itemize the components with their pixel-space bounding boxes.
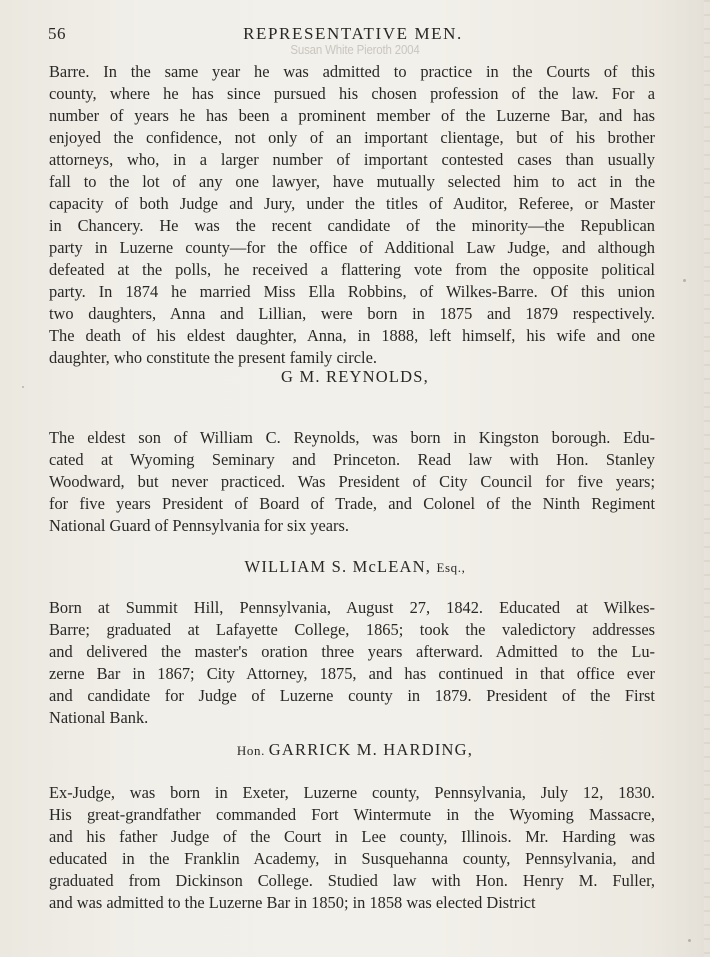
text-line: two daughters, Anna and Lillian, were bo… bbox=[49, 303, 655, 325]
text-line: fall to the lot of any one lawyer, have … bbox=[49, 171, 655, 193]
text-line: Barre. In the same year he was admitted … bbox=[49, 61, 655, 83]
text-line: defeated at the polls, he received a fla… bbox=[49, 259, 655, 281]
heading-prefix: Hon. bbox=[237, 743, 269, 758]
watermark: Susan White Pieroth 2004 bbox=[28, 43, 681, 57]
paragraph-continuation: Barre. In the same year he was admitted … bbox=[49, 61, 655, 369]
text-line: graduated from Dickinson College. Studie… bbox=[49, 870, 655, 892]
text-line: for five years President of Board of Tra… bbox=[49, 493, 655, 515]
running-title: REPRESENTATIVE MEN. bbox=[48, 24, 658, 44]
page-edge bbox=[704, 0, 710, 957]
text-line: Born at Summit Hill, Pennsylvania, Augus… bbox=[49, 597, 655, 619]
text-line: and candidate for Judge of Luzerne count… bbox=[49, 685, 655, 707]
text-line: county, where he has since pursued his c… bbox=[49, 83, 655, 105]
heading-text: GARRICK M. HARDING, bbox=[269, 740, 473, 759]
paragraph-mclean: Born at Summit Hill, Pennsylvania, Augus… bbox=[49, 597, 655, 729]
text-line: The death of his eldest daughter, Anna, … bbox=[49, 325, 655, 347]
paragraph-reynolds: The eldest son of William C. Reynolds, w… bbox=[49, 427, 655, 537]
heading-harding: Hon. GARRICK M. HARDING, bbox=[0, 740, 710, 760]
text-line: daughter, who constitute the present fam… bbox=[49, 347, 655, 369]
paper-speck bbox=[688, 939, 691, 942]
heading-suffix: Esq., bbox=[436, 560, 465, 575]
paper-speck bbox=[22, 386, 24, 388]
text-line: Ex-Judge, was born in Exeter, Luzerne co… bbox=[49, 782, 655, 804]
text-line: His great-grandfather commanded Fort Win… bbox=[49, 804, 655, 826]
text-line: and delivered the master's oration three… bbox=[49, 641, 655, 663]
text-line: National Guard of Pennsylvania for six y… bbox=[49, 515, 655, 537]
text-line: National Bank. bbox=[49, 707, 655, 729]
text-line: zerne Bar in 1867; City Attorney, 1875, … bbox=[49, 663, 655, 685]
text-line: attorneys, who, in a larger number of im… bbox=[49, 149, 655, 171]
book-page: 56 REPRESENTATIVE MEN. Susan White Piero… bbox=[0, 0, 710, 957]
text-line: in Chancery. He was the recent candidate… bbox=[49, 215, 655, 237]
heading-mclean: WILLIAM S. McLEAN, Esq., bbox=[0, 557, 710, 577]
text-line: Barre; graduated at Lafayette College, 1… bbox=[49, 619, 655, 641]
text-line: party. In 1874 he married Miss Ella Robb… bbox=[49, 281, 655, 303]
text-line: cated at Wyoming Seminary and Princeton.… bbox=[49, 449, 655, 471]
heading-reynolds: G M. REYNOLDS, bbox=[0, 367, 710, 387]
text-line: and his father Judge of the Court in Lee… bbox=[49, 826, 655, 848]
paragraph-harding: Ex-Judge, was born in Exeter, Luzerne co… bbox=[49, 782, 655, 914]
text-line: number of years he has been a prominent … bbox=[49, 105, 655, 127]
text-line: educated in the Franklin Academy, in Sus… bbox=[49, 848, 655, 870]
text-line: capacity of both Judge and Jury, under t… bbox=[49, 193, 655, 215]
text-line: Woodward, but never practiced. Was Presi… bbox=[49, 471, 655, 493]
heading-text: WILLIAM S. McLEAN, bbox=[245, 557, 437, 576]
text-line: and was admitted to the Luzerne Bar in 1… bbox=[49, 892, 655, 914]
heading-text: G M. REYNOLDS, bbox=[281, 367, 429, 386]
text-line: party in Luzerne county—for the office o… bbox=[49, 237, 655, 259]
paper-speck bbox=[683, 279, 686, 282]
text-line: The eldest son of William C. Reynolds, w… bbox=[49, 427, 655, 449]
text-line: enjoyed the confidence, not only of an i… bbox=[49, 127, 655, 149]
